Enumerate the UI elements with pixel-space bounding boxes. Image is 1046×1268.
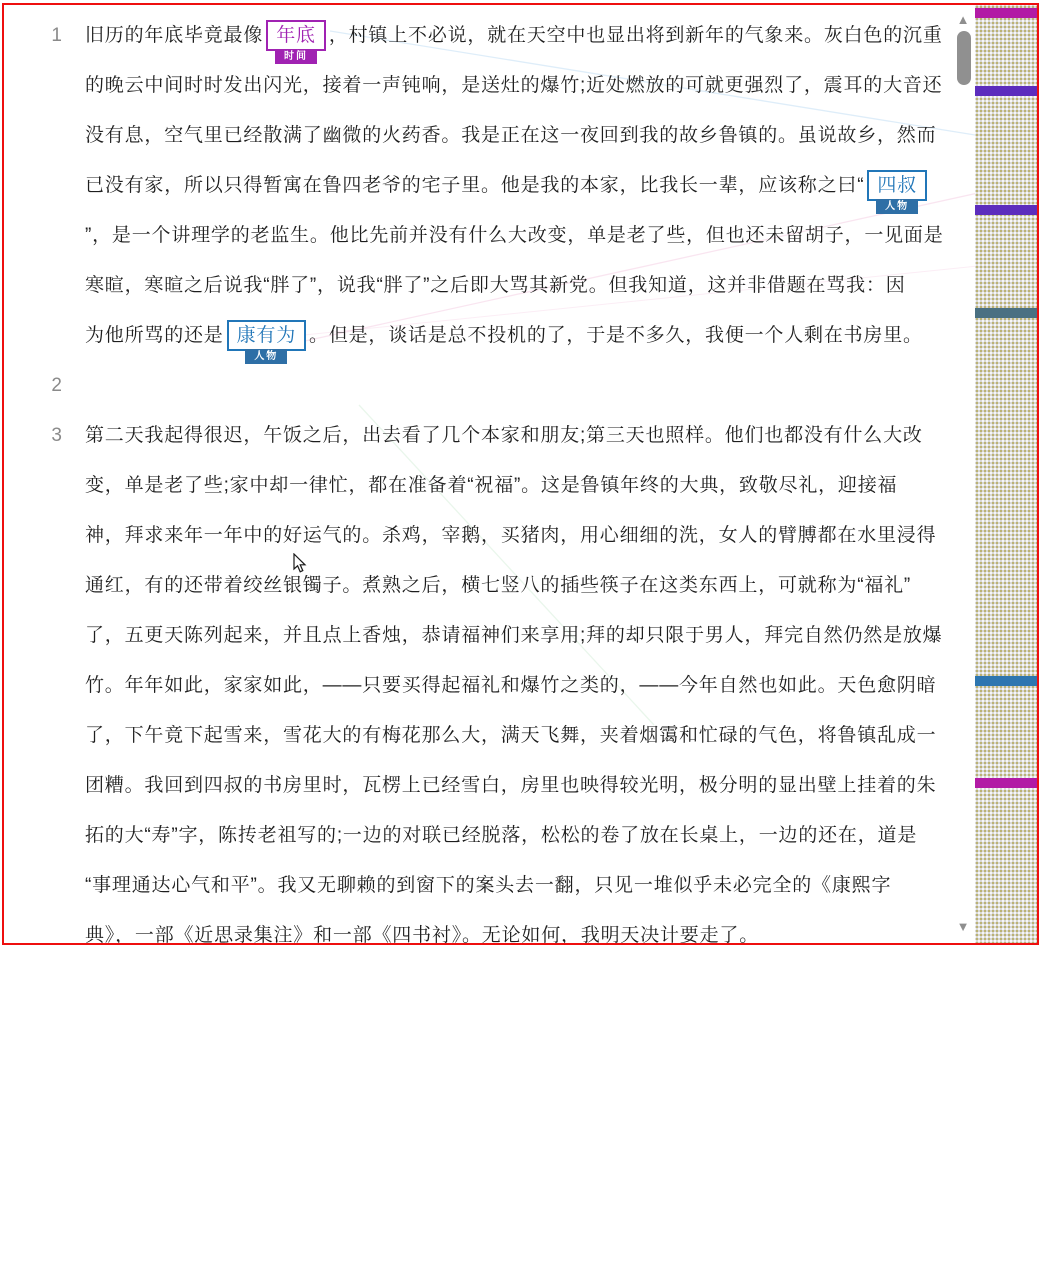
- text-segment[interactable]: 了，五更天陈列起来，并且点上香烛，恭请福神们来享用;拜的却只限于男人，拜完自然仍…: [85, 625, 942, 646]
- text-segment[interactable]: ”，是一个讲理学的老监生。他比先前并没有什么大改变，单是老了些，但也还未留胡子，…: [85, 225, 944, 246]
- text-line: 了，五更天陈列起来，并且点上香烛，恭请福神们来享用;拜的却只限于男人，拜完自然仍…: [85, 611, 964, 661]
- text-line: 已没有家，所以只得暂寓在鲁四老爷的宅子里。他是我的本家，比我长一辈，应该称之曰“…: [85, 161, 964, 211]
- entity-chip[interactable]: 四叔人物: [867, 170, 927, 201]
- annotation-marker[interactable]: [975, 86, 1037, 96]
- text-line: 了，下午竟下起雪来，雪花大的有梅花那么大，满天飞舞，夹着烟霭和忙碌的气色，将鲁镇…: [85, 711, 964, 761]
- annotation-marker[interactable]: [975, 205, 1037, 215]
- text-segment[interactable]: 为他所骂的还是: [85, 325, 224, 346]
- text-segment[interactable]: 已没有家，所以只得暂寓在鲁四老爷的宅子里。他是我的本家，比我长一辈，应该称之曰“: [85, 175, 864, 196]
- text-line: 为他所骂的还是康有为人物。但是，谈话是总不投机的了，于是不多久，我便一个人剩在书…: [85, 311, 964, 361]
- text-segment[interactable]: 寒暄，寒暄之后说我“胖了”，说我“胖了”之后即大骂其新党。但我知道，这并非借题在…: [85, 275, 906, 296]
- text-segment[interactable]: 团糟。我回到四叔的书房里时，瓦楞上已经雪白，房里也映得较光明，极分明的显出壁上挂…: [85, 775, 936, 796]
- text-line: 典》，一部《近思录集注》和一部《四书衬》。无论如何，我明天决计要走了。: [85, 911, 964, 945]
- text-line: 旧历的年底毕竟最像年底时间，村镇上不必说，就在天空中也显出将到新年的气象来。灰白…: [85, 11, 964, 61]
- paragraph: 1旧历的年底毕竟最像年底时间，村镇上不必说，就在天空中也显出将到新年的气象来。灰…: [4, 11, 964, 361]
- text-line: “事理通达心气和平”。我又无聊赖的到窗下的案头去一翻，只见一堆似乎未必完全的《康…: [85, 861, 964, 911]
- entity-text: 年底: [276, 25, 316, 46]
- annotation-marker[interactable]: [975, 778, 1037, 788]
- text-line: 寒暄，寒暄之后说我“胖了”，说我“胖了”之后即大骂其新党。但我知道，这并非借题在…: [85, 261, 964, 311]
- text-segment[interactable]: 没有息，空气里已经散满了幽微的火药香。我是正在这一夜回到我的故乡鲁镇的。虽说故乡…: [85, 125, 936, 146]
- entity-chip[interactable]: 康有为人物: [227, 320, 306, 351]
- scroll-up-arrow-icon[interactable]: ▲: [952, 13, 974, 27]
- annotation-panel: 1旧历的年底毕竟最像年底时间，村镇上不必说，就在天空中也显出将到新年的气象来。灰…: [2, 3, 1039, 945]
- text-line: 神，拜求来年一年中的好运气的。杀鸡，宰鹅，买猪肉，用心细细的洗，女人的臂膊都在水…: [85, 511, 964, 561]
- text-segment[interactable]: 典》，一部《近思录集注》和一部《四书衬》。无论如何，我明天决计要走了。: [85, 925, 759, 945]
- text-line: 没有息，空气里已经散满了幽微的火药香。我是正在这一夜回到我的故乡鲁镇的。虽说故乡…: [85, 111, 964, 161]
- document-text: 1旧历的年底毕竟最像年底时间，村镇上不必说，就在天空中也显出将到新年的气象来。灰…: [4, 11, 964, 945]
- text-line: 竹。年年如此，家家如此，——只要买得起福礼和爆竹之类的，——今年自然也如此。天色…: [85, 661, 964, 711]
- text-segment[interactable]: 第二天我起得很迟，午饭之后，出去看了几个本家和朋友;第三天也照样。他们也都没有什…: [85, 425, 923, 446]
- entity-label-badge: 时间: [275, 49, 317, 64]
- text-line: 第二天我起得很迟，午饭之后，出去看了几个本家和朋友;第三天也照样。他们也都没有什…: [85, 411, 964, 461]
- scrollbar-thumb[interactable]: [957, 31, 971, 85]
- text-line: 的晚云中间时时发出闪光，接着一声钝响，是送灶的爆竹;近处燃放的可就更强烈了，震耳…: [85, 61, 964, 111]
- paragraph-number: 1: [24, 11, 62, 61]
- text-segment[interactable]: 旧历的年底毕竟最像: [85, 25, 263, 46]
- paragraph-number: 2: [24, 361, 62, 411]
- scroll-down-arrow-icon[interactable]: ▼: [952, 920, 974, 934]
- text-segment[interactable]: 。但是，谈话是总不投机的了，于是不多久，我便一个人剩在书房里。: [309, 325, 923, 346]
- annotation-marker[interactable]: [975, 676, 1037, 686]
- text-segment[interactable]: “事理通达心气和平”。我又无聊赖的到窗下的案头去一翻，只见一堆似乎未必完全的《康…: [85, 875, 891, 896]
- paragraph: 3第二天我起得很迟，午饭之后，出去看了几个本家和朋友;第三天也照样。他们也都没有…: [4, 411, 964, 945]
- entity-text: 四叔: [877, 175, 917, 196]
- text-line: 通红，有的还带着绞丝银镯子。煮熟之后，横七竖八的插些筷子在这类东西上，可就称为“…: [85, 561, 964, 611]
- paragraph-number: 3: [24, 411, 62, 461]
- text-line: ”，是一个讲理学的老监生。他比先前并没有什么大改变，单是老了些，但也还未留胡子，…: [85, 211, 964, 261]
- text-line: [85, 361, 964, 411]
- text-segment[interactable]: 拓的大“寿”字，陈抟老祖写的;一边的对联已经脱落，松松的卷了放在长桌上，一边的还…: [85, 825, 917, 846]
- text-line: 拓的大“寿”字，陈抟老祖写的;一边的对联已经脱落，松松的卷了放在长桌上，一边的还…: [85, 811, 964, 861]
- text-segment[interactable]: 的晚云中间时时发出闪光，接着一声钝响，是送灶的爆竹;近处燃放的可就更强烈了，震耳…: [85, 75, 942, 96]
- text-line: 变，单是老了些;家中却一律忙，都在准备着“祝福”。这是鲁镇年终的大典，致敬尽礼，…: [85, 461, 964, 511]
- annotation-overview-strip[interactable]: [975, 5, 1037, 943]
- text-segment[interactable]: ，村镇上不必说，就在天空中也显出将到新年的气象来。灰白色的沉重: [329, 25, 943, 46]
- text-segment[interactable]: 通红，有的还带着绞丝银镯子。煮熟之后，横七竖八的插些筷子在这类东西上，可就称为“…: [85, 575, 911, 596]
- entity-label-badge: 人物: [876, 199, 918, 214]
- entity-chip[interactable]: 年底时间: [266, 20, 326, 51]
- text-segment[interactable]: 了，下午竟下起雪来，雪花大的有梅花那么大，满天飞舞，夹着烟霭和忙碌的气色，将鲁镇…: [85, 725, 936, 746]
- text-segment[interactable]: 竹。年年如此，家家如此，——只要买得起福礼和爆竹之类的，——今年自然也如此。天色…: [85, 675, 936, 696]
- entity-text: 康有为: [237, 325, 296, 346]
- annotation-marker[interactable]: [975, 8, 1037, 18]
- text-line: 团糟。我回到四叔的书房里时，瓦楞上已经雪白，房里也映得较光明，极分明的显出壁上挂…: [85, 761, 964, 811]
- annotation-marker[interactable]: [975, 308, 1037, 318]
- text-segment[interactable]: 神，拜求来年一年中的好运气的。杀鸡，宰鹅，买猪肉，用心细细的洗，女人的臂膊都在水…: [85, 525, 936, 546]
- text-segment[interactable]: 变，单是老了些;家中却一律忙，都在准备着“祝福”。这是鲁镇年终的大典，致敬尽礼，…: [85, 475, 897, 496]
- paragraph: 2: [4, 361, 964, 411]
